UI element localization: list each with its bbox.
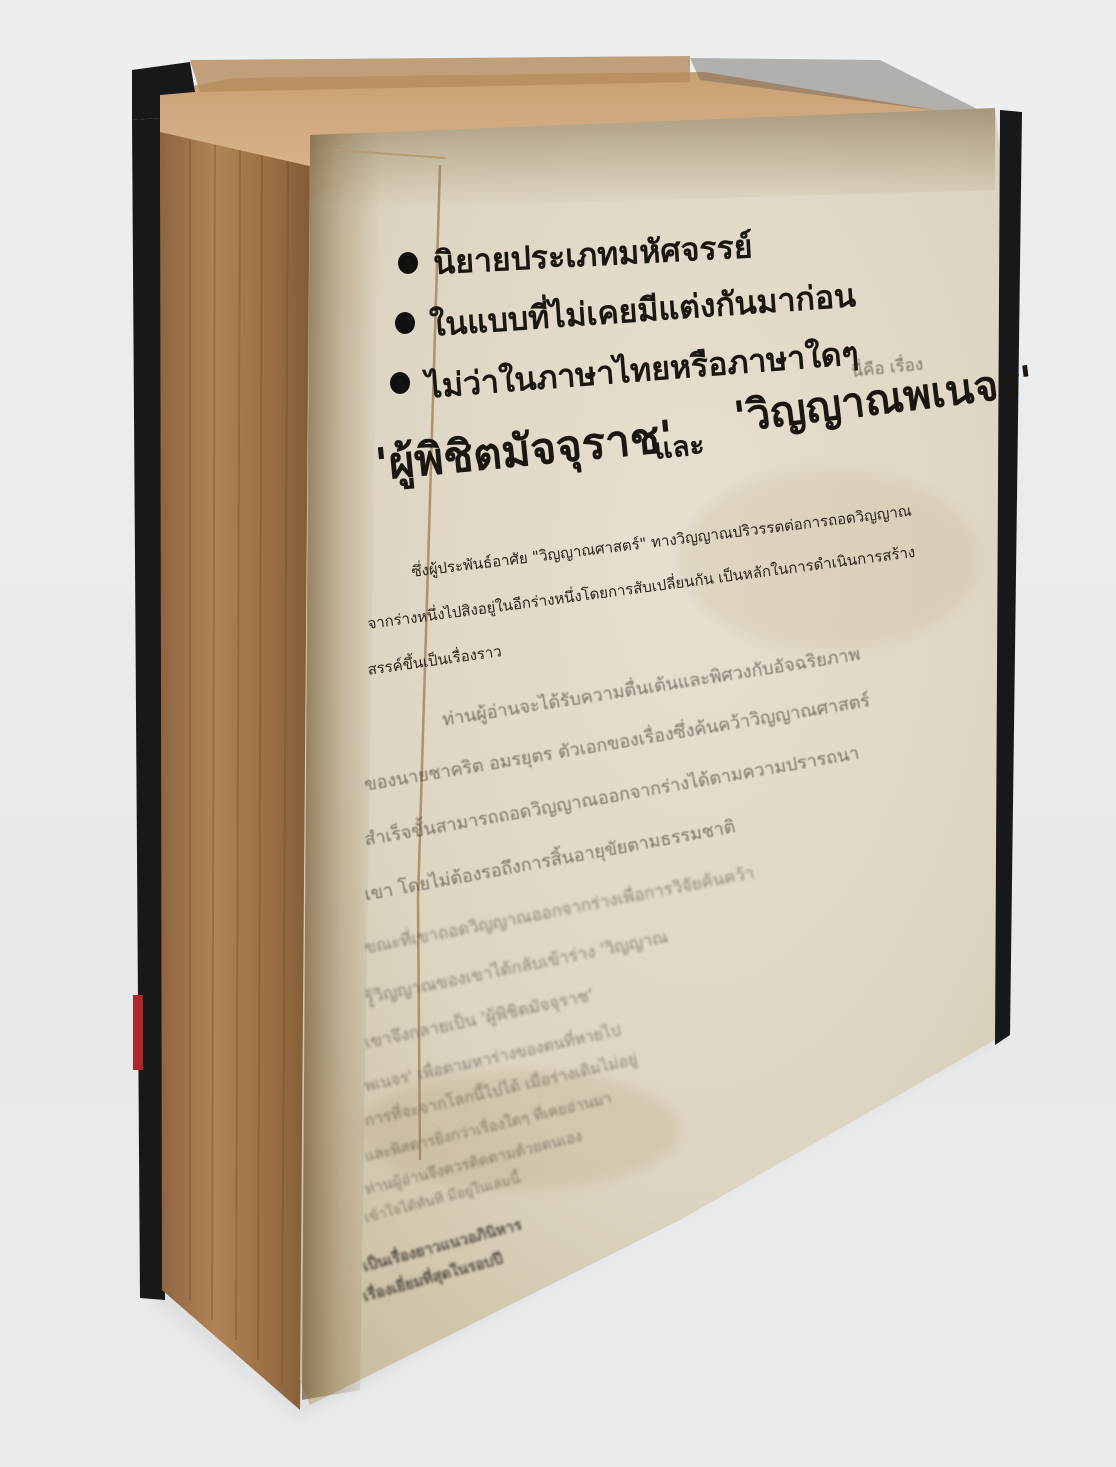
spine-red-label (133, 995, 143, 1070)
photo-scene: นิยายประเภทมหัศจรรย์ ในแบบที่ไม่เคยมีแต่… (0, 0, 1116, 1467)
book-illustration (0, 0, 1116, 1467)
bullet-icon (390, 372, 410, 394)
title-joiner: และ (652, 423, 707, 472)
bullet-icon (395, 312, 415, 334)
bullet-icon (398, 252, 418, 274)
